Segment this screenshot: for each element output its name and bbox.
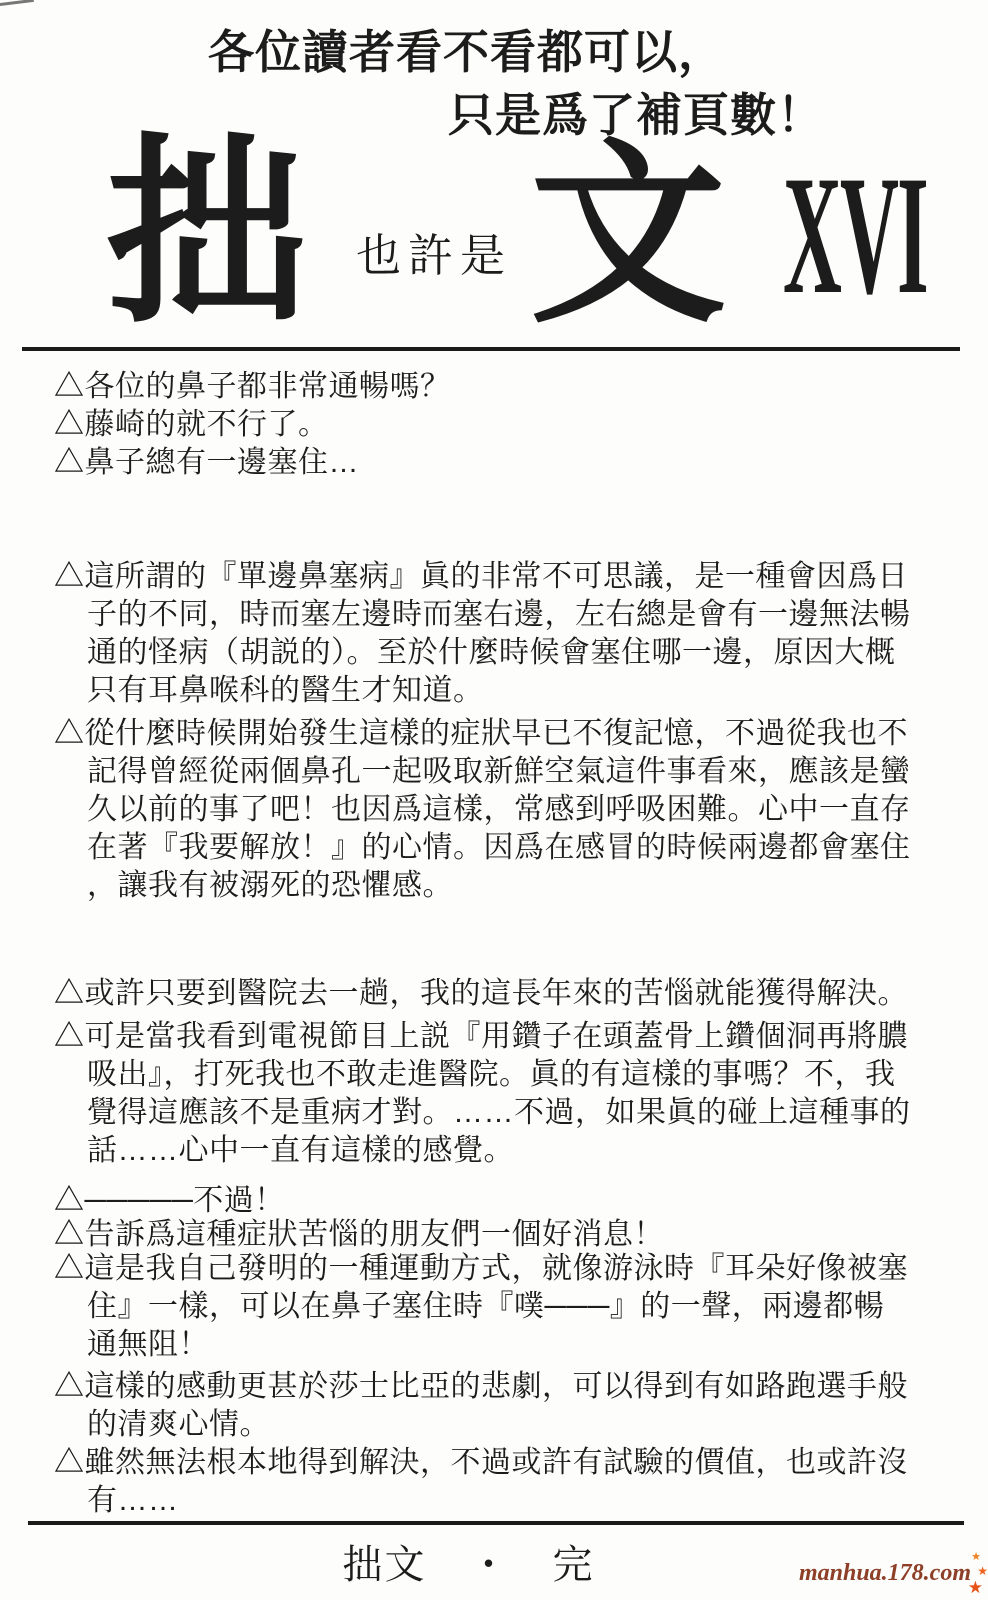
paragraph: △或許只要到醫院去一趟，我的這長年來的苦惱就能獲得解決。 (54, 975, 960, 1013)
paragraph: △可是當我看到電視節目上説『用鑽子在頭蓋骨上鑽個洞再將膿 吸出』，打死我也不敢走… (54, 1018, 960, 1170)
title-script-text: 也許是 (356, 219, 512, 284)
text-line: ，讓我有被溺死的恐懼感。 (87, 867, 960, 905)
paragraph: △這是我自己發明的一種運動方式，就像游泳時『耳朵好像被塞 住』一樣，可以在鼻子塞… (54, 1250, 960, 1364)
bottom-divider-rule (28, 1521, 964, 1525)
text-line: 有…… (87, 1482, 960, 1520)
star-icon: ★ (977, 1565, 988, 1577)
watermark: manhua.178.com ★ ★ ★ (796, 1556, 988, 1600)
text-line: △這樣的感動更甚於莎士比亞的悲劇，可以得到有如路跑選手般 (54, 1368, 960, 1406)
text-line: △從什麼時候開始發生這樣的症狀早已不復記憶，不過從我也不 (54, 715, 960, 753)
text-line: △或許只要到醫院去一趟，我的這長年來的苦惱就能獲得解決。 (54, 975, 960, 1013)
text-line: 子的不同，時而塞左邊時而塞右邊，左右總是會有一邊無法暢 (87, 596, 960, 634)
paragraph: △告訴爲這種症狀苦惱的朋友們一個好消息！ (54, 1216, 960, 1254)
watermark-text: manhua.178.com (799, 1560, 971, 1587)
text-line: △可是當我看到電視節目上説『用鑽子在頭蓋骨上鑽個洞再將膿 (54, 1018, 960, 1056)
title-char-left: 拙 (106, 132, 308, 334)
text-line: △各位的鼻子都非常通暢嗎？ (54, 368, 960, 406)
text-line: 久以前的事了吧！也因爲這樣，常感到呼吸困難。心中一直存 (87, 791, 960, 829)
text-line: 住』一樣，可以在鼻子塞住時『噗───』的一聲，兩邊都暢 (87, 1288, 960, 1326)
paragraph: △各位的鼻子都非常通暢嗎？ (54, 368, 960, 406)
text-line: 只有耳鼻喉科的醫生才知道。 (87, 672, 960, 710)
paragraph: △─────不過！ (54, 1182, 960, 1220)
title-char-right: 文 (530, 138, 726, 334)
text-line: △藤崎的就不行了。 (54, 406, 960, 444)
text-line: 通的怪病（胡説的）。至於什麼時候會塞住哪一邊，原因大概 (87, 634, 960, 672)
top-divider-rule (22, 347, 960, 351)
text-line: 通無阻！ (87, 1326, 960, 1364)
text-line: 在著『我要解放！』的心情。因爲在感冒的時候兩邊都會塞住 (87, 829, 960, 867)
star-icon: ★ (971, 1552, 981, 1563)
paragraph: △雖然無法根本地得到解決，不過或許有試驗的價值，也或許沒 有…… (54, 1444, 960, 1520)
text-line: △─────不過！ (54, 1182, 960, 1220)
text-line: △這是我自己發明的一種運動方式，就像游泳時『耳朵好像被塞 (54, 1250, 960, 1288)
text-line: △雖然無法根本地得到解決，不過或許有試驗的價值，也或許沒 (54, 1444, 960, 1482)
paragraph: △從什麼時候開始發生這樣的症狀早已不復記憶，不過從我也不 記得曾經從兩個鼻孔一起… (54, 715, 960, 905)
text-line: 記得曾經從兩個鼻孔一起吸取新鮮空氣這件事看來，應該是蠻 (87, 753, 960, 791)
paragraph: △這樣的感動更甚於莎士比亞的悲劇，可以得到有如路跑選手般 的清爽心情。 (54, 1368, 960, 1444)
scan-artifact-mark (0, 0, 34, 6)
text-line: 吸出』，打死我也不敢走進醫院。眞的有這樣的事嗎？不，我 (87, 1056, 960, 1094)
paragraph: △藤崎的就不行了。 (54, 406, 960, 444)
manga-text-page: 各位讀者看不看都可以， 只是爲了補頁數！ 拙 也許是 文 XVI △各位的鼻子都… (0, 0, 988, 1600)
header-line-1: 各位讀者看不看都可以， (208, 16, 725, 82)
star-icon: ★ (968, 1579, 983, 1596)
paragraph: △這所謂的『單邊鼻塞病』眞的非常不可思議，是一種會因爲日 子的不同，時而塞左邊時… (54, 558, 960, 710)
text-line: △鼻子總有一邊塞住… (54, 444, 960, 482)
text-line: 話……心中一直有這樣的感覺。 (87, 1132, 960, 1170)
paragraph: △鼻子總有一邊塞住… (54, 444, 960, 482)
title-roman-numeral: XVI (783, 150, 927, 320)
text-line: 覺得這應該不是重病才對。……不過，如果眞的碰上這種事的 (87, 1094, 960, 1132)
text-line: △告訴爲這種症狀苦惱的朋友們一個好消息！ (54, 1216, 960, 1254)
text-line: △這所謂的『單邊鼻塞病』眞的非常不可思議，是一種會因爲日 (54, 558, 960, 596)
text-line: 的清爽心情。 (87, 1406, 960, 1444)
